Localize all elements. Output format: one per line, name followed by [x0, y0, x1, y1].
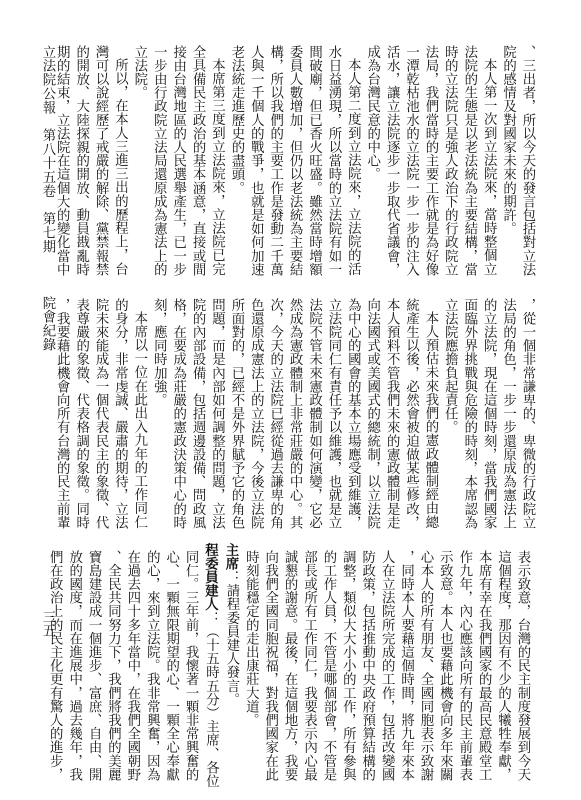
text-column: 活水，讓立法院逐步一步取代省議會，	[382, 45, 401, 280]
text-column: 面臨外界挑戰與危險的時刻，本席認為	[459, 298, 478, 533]
text-column: 本席以一位在此出入九年的工作同仁	[129, 298, 148, 533]
text-column: 本人預估未來我們的憲政體制經由總	[421, 298, 440, 533]
text-column: 調整，類似大大小小的工作，所有參與	[338, 550, 357, 785]
text-column: 委員人數增加，但仍以老法統為主要結	[285, 45, 304, 280]
text-column: 法院不管未來憲政體制如何演變，它必	[304, 298, 323, 533]
text-column: 灣可以說經歷了戒嚴的解除、黨禁報禁	[91, 45, 110, 280]
text-column: ，同時本人要藉這個時間，將九年來本	[396, 550, 415, 785]
text-column: 一潭乾枯池水的立法院一步一步的注入	[401, 45, 420, 280]
text-column: 的心，來到立法院。我非常興奮，因為	[142, 550, 161, 785]
text-column: 心本人的所有朋友、全國同胞表示致謝	[416, 550, 435, 785]
top-text-block: 、三出者，所以今天的發言包括對立法 院的感情及對國家未來的期許。 本人第一次到立…	[52, 45, 537, 280]
text-column: 所面對的，已經不是外界賦予它的角色	[227, 298, 246, 533]
text-column: 法局的角色，一步一步還原成為憲法上	[498, 298, 517, 533]
text-column: 法局，我們當時的主要工作就是為好像	[421, 45, 440, 280]
text-column: 院未來能成為一個代表民主的象徵、代	[91, 298, 110, 533]
text-column: 誠懇的謝意。最後，在這個地方，我要	[280, 550, 299, 785]
text-column: 立法院同仁有責任予以維護，也就是立	[324, 298, 343, 533]
text-column: 、三出者，所以今天的發言包括對立法	[518, 45, 537, 280]
text-column: 人與一千個人的戰爭，也就是如何加速	[246, 45, 265, 280]
text-column: 本席有幸在我們國家的最高民意殿堂工	[474, 550, 493, 785]
text-column: 在過去四十多年當中，在我們全國朝野	[122, 550, 141, 785]
page-number: 三五	[38, 610, 57, 638]
text-column: 作九年，內心應該向所有的民主前輩表	[454, 550, 473, 785]
text-column: 法院的生態是以老法統為主要結構，當	[459, 45, 478, 280]
text-column: 寶島建設成一個進步、富庶、自由、開	[84, 550, 103, 785]
text-column: 然成為憲政體制上非常莊嚴的中心。其	[285, 298, 304, 533]
text-column: 接由台灣地區的人民選舉產生，已一步	[168, 45, 187, 280]
section-label: 院會紀錄	[38, 296, 57, 352]
text-column: 防政策，包括推動中央政府預算結構的	[357, 550, 376, 785]
speaker-label-chair: 主席	[223, 543, 239, 570]
text-column: 刻，應同時加強。	[149, 298, 168, 533]
text-column: 示致意。本人也要藉此機會向多年來關	[435, 550, 454, 785]
text-column: 、全民共同努力下，我們將我們的美麗	[103, 550, 122, 785]
text-column: 院的感情及對國家未來的期許。	[498, 45, 517, 280]
text-column: 向法國式或美國式的總統制，以立法院	[362, 298, 381, 533]
text-column: 全具備民主政治的基本涵意，直接或間	[188, 45, 207, 280]
text-column: 同仁。三年前，我懷著一顆非常興奮的	[181, 550, 200, 785]
text-column: 老法統走進歷史的盡頭。	[227, 45, 246, 280]
text-column: 本人第二度到立法院來，立法院的活	[343, 45, 362, 280]
text-column: 人在立法院所完成的工作，包括改變國	[377, 550, 396, 785]
text-column: 為中心的國會的基本立場應受到維護，	[343, 298, 362, 533]
text-column: 時刻能穩定的走出康莊大道。	[241, 550, 260, 785]
text-column: 部長或所有工作同仁，我要表示內心最	[299, 550, 318, 785]
chair-text: ：請程委員建人發言。	[224, 570, 239, 706]
text-column: 次，今天的立法院已經從過去謙卑的角	[265, 298, 284, 533]
text-column: 的工作人員，不管是哪個部會，不管是	[319, 550, 338, 785]
text-column: ，從一個非常謙卑的、卑微的行政院立	[518, 298, 537, 533]
text-column: 的開放、大陸探親的開放、動員戡亂時	[71, 45, 90, 280]
member-text-first: ：（十五時五分）主席、各位	[204, 611, 219, 788]
text-column: 水日益湧現，所以當時的立法院有如一	[324, 45, 343, 280]
text-column: 間破廟，但已香火旺盛。雖然當時增額	[304, 45, 323, 280]
text-column: 的身分，非常虔誠、嚴肅的期待，立法	[110, 298, 129, 533]
text-column: 本席第三度到立法院來，立法院已完	[207, 45, 226, 280]
text-column: 立法院應擔負起責任。	[440, 298, 459, 533]
text-column: 問題，而是內部如何調整的問題，立法	[207, 298, 226, 533]
middle-text-block: ，從一個非常謙卑的、卑微的行政院立 法局的角色，一步一步還原成為憲法上 的立法院…	[52, 298, 537, 533]
text-column: 時的立法院只是強人政治下的行政院立	[440, 45, 459, 280]
text-column: 表尊嚴的象徵、代表格調的象徵。同時	[71, 298, 90, 533]
speaker-label-member: 程委員建人	[203, 543, 219, 611]
text-column: 所以，在本人三進三出的歷程上，台	[110, 45, 129, 280]
text-column: 本人第一次到立法院來，當時整個立	[479, 45, 498, 280]
text-column: 一步由行政院立法局還原成為憲法上的	[149, 45, 168, 280]
text-column: 構，所以我們的主要工作是發動二千萬	[265, 45, 284, 280]
chair-statement: 主席：請程委員建人發言。	[221, 543, 241, 785]
text-column: 格，在要成為莊嚴的憲政決策中心的時	[168, 298, 187, 533]
text-column: 向我們全國同胞祝福，對我們國家在此	[260, 550, 279, 785]
journal-header: 立法院公報 第八十五卷 第七期	[38, 45, 57, 254]
member-statement-start: 程委員建人：（十五時五分）主席、各位	[200, 543, 220, 785]
text-column: 這個程度，那因有不少的人犧牲奉獻，	[493, 550, 512, 785]
text-column: 立法院。	[129, 45, 148, 280]
text-column: 心、一顆無限期望的心、一顆全心奉獻	[161, 550, 180, 785]
text-column: 院的內部設備，包括週邊設備、問政風	[188, 298, 207, 533]
bottom-text-block: 表示致意，台灣的民主制度發展到今天 這個程度，那因有不少的人犧牲奉獻， 本席有幸…	[45, 550, 532, 785]
text-column: 本人預料不管我們未來的憲政體制是走	[382, 298, 401, 533]
text-column: 統產生以後，必然會被迫做某些修改，	[401, 298, 420, 533]
text-column: 的立法院，現在這個時刻，當我們國家	[479, 298, 498, 533]
text-column: 們在政治上的民主化更有驚人的進步，	[45, 550, 64, 785]
text-column: 成為台灣民意的中心。	[362, 45, 381, 280]
text-column: 色還原成憲法上的立法院，今後立法院	[246, 298, 265, 533]
text-column: 表示致意，台灣的民主制度發展到今天	[513, 550, 532, 785]
text-column: 放的國度，而在進展中，過去幾年，我	[64, 550, 83, 785]
